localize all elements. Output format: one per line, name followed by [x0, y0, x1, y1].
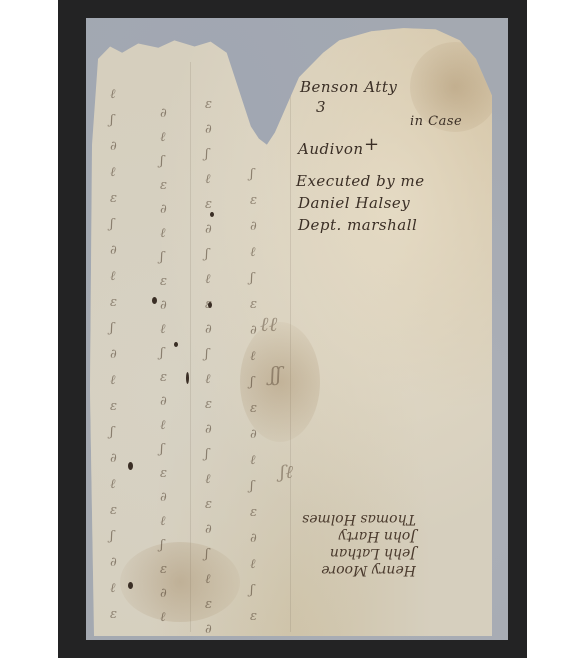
inverted-name: John Harty: [302, 527, 416, 544]
inverted-name: Jehh Lathan: [302, 544, 416, 561]
ink-blot: [128, 582, 133, 589]
ink-blot: [174, 342, 178, 347]
endorsement-line-1: Benson Atty: [300, 78, 397, 96]
endorsement-line-3: in Case: [410, 114, 462, 129]
bleed-through-text: ɛ∂ʃℓɛ∂ʃℓɛ∂ʃℓɛ∂ʃℓɛ∂ʃℓɛ∂: [205, 92, 212, 642]
faint-script: ʃʃ: [270, 362, 282, 386]
endorsement-line-4: Audivon: [298, 140, 364, 158]
endorsement-line-6: Daniel Halsey: [298, 194, 410, 212]
faint-script: ℓℓ: [260, 312, 278, 337]
ink-blot: [208, 302, 212, 308]
bleed-through-text: ∂ℓʃɛ∂ℓʃɛ∂ℓʃɛ∂ℓʃɛ∂ℓʃɛ∂ℓ: [160, 102, 167, 630]
inverted-name: Thomas Holmes: [302, 510, 416, 527]
inverted-names-block: Henry Moore Jehh Lathan John Harty Thoma…: [302, 510, 416, 578]
ink-blot: [210, 212, 214, 217]
faint-script: ʃℓ: [280, 462, 293, 483]
bleed-through-text: ℓʃ∂ℓɛʃ∂ℓɛʃ∂ℓɛʃ∂ℓɛʃ∂ℓɛ: [110, 82, 117, 628]
endorsement-line-2: 3: [316, 98, 326, 116]
ink-blot: [186, 372, 189, 384]
ink-blot: [128, 462, 133, 470]
manuscript-page: ℓʃ∂ℓɛʃ∂ℓɛʃ∂ℓɛʃ∂ℓɛʃ∂ℓɛ ∂ℓʃɛ∂ℓʃɛ∂ℓʃɛ∂ℓʃɛ∂ℓ…: [90, 22, 492, 636]
endorsement-mark: +: [364, 134, 380, 155]
ink-blot: [152, 297, 157, 304]
endorsement-line-7: Dept. marshall: [298, 216, 417, 234]
bleed-through-text: ʃɛ∂ℓʃɛ∂ℓʃɛ∂ℓʃɛ∂ℓʃɛ: [250, 162, 257, 630]
endorsement-line-5: Executed by me: [296, 172, 425, 190]
inverted-name: Henry Moore: [302, 561, 416, 578]
stain: [120, 542, 240, 622]
